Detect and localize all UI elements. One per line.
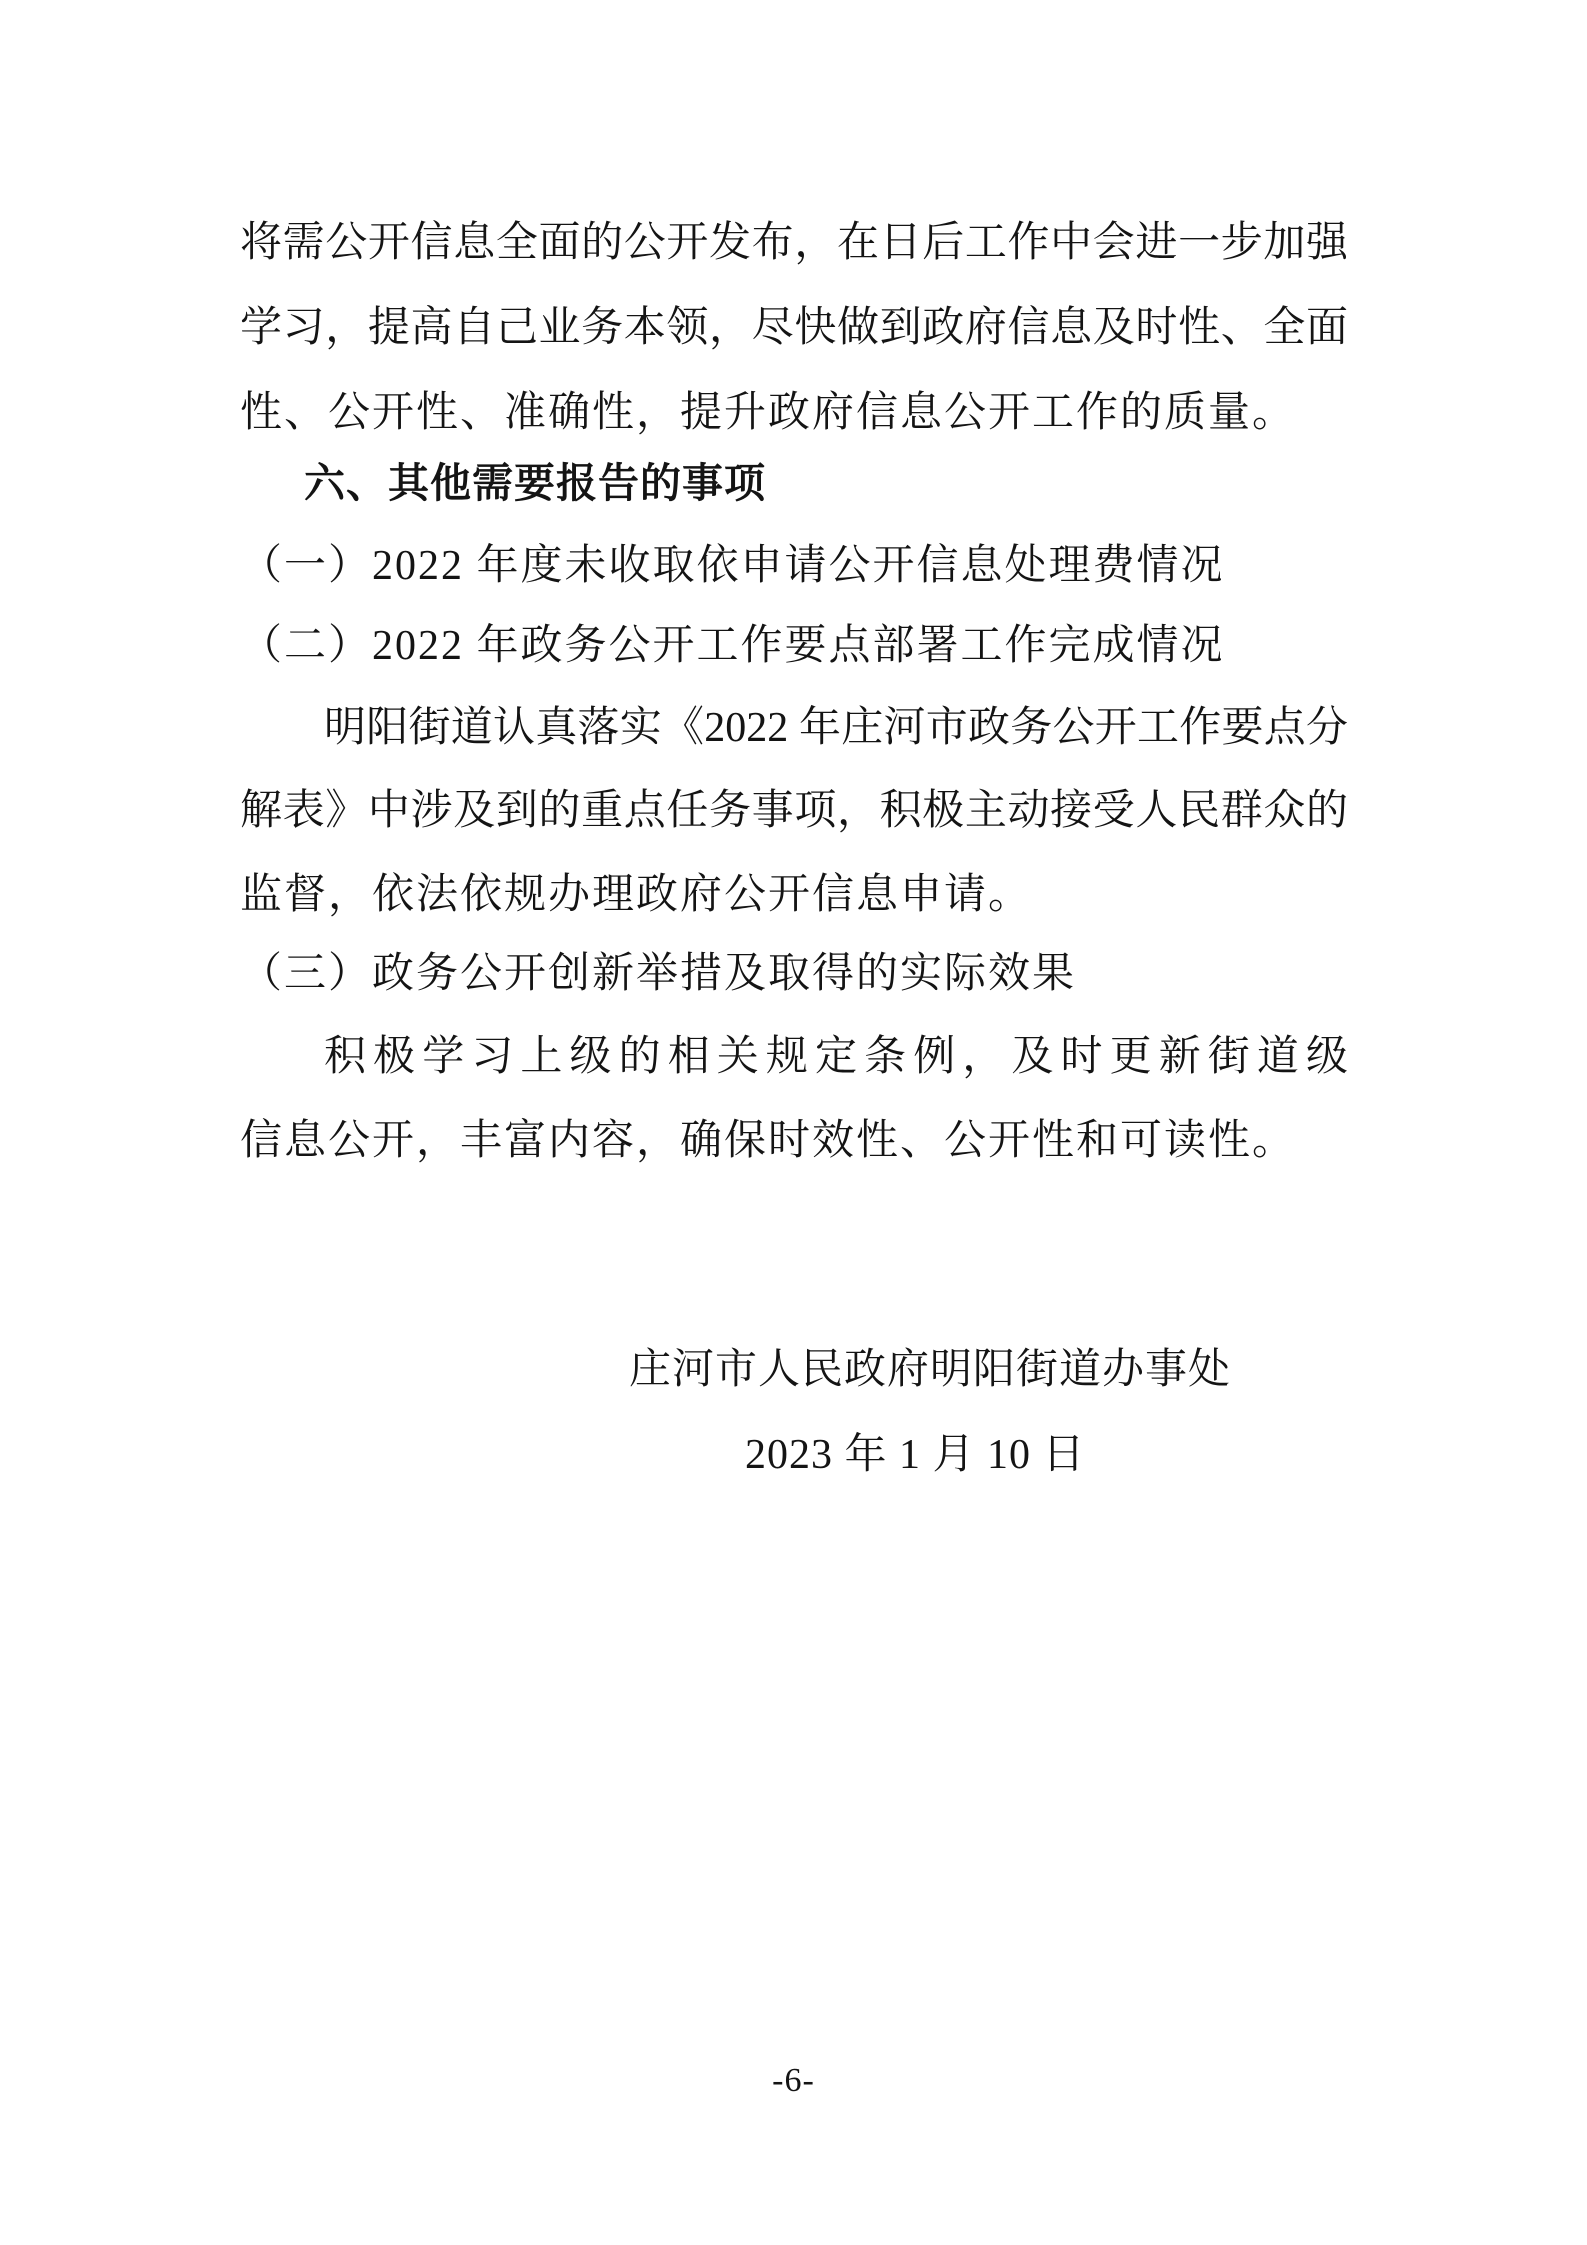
body-line: 将需公开信息全面的公开发布，在日后工作中会进一步加强: [240, 218, 1348, 268]
date-line: 2023 年 1 月 10 日: [745, 1430, 1086, 1480]
subsection-heading-1: （一）2022 年度未收取依申请公开信息处理费情况: [240, 541, 1348, 591]
section-heading: 六、其他需要报告的事项: [240, 458, 1348, 508]
body-line: 性、公开性、准确性，提升政府信息公开工作的质量。: [240, 388, 1348, 438]
body-line: 学习，提高自己业务本领，尽快做到政府信息及时性、全面: [240, 303, 1348, 353]
signature-line: 庄河市人民政府明阳街道办事处: [629, 1345, 1231, 1395]
document-page: 将需公开信息全面的公开发布，在日后工作中会进一步加强 学习，提高自己业务本领，尽…: [0, 0, 1587, 2245]
body-line: 积极学习上级的相关规定条例，及时更新街道级: [240, 1032, 1348, 1082]
body-line: 监督，依法依规办理政府公开信息申请。: [240, 870, 1348, 920]
page-number: -6-: [0, 2056, 1587, 2106]
body-line: 解表》中涉及到的重点任务事项，积极主动接受人民群众的: [240, 786, 1348, 836]
subsection-heading-3: （三）政务公开创新举措及取得的实际效果: [240, 949, 1348, 999]
body-line: 信息公开，丰富内容，确保时效性、公开性和可读性。: [240, 1116, 1348, 1166]
body-line: 明阳街道认真落实《2022 年庄河市政务公开工作要点分: [240, 703, 1348, 753]
subsection-heading-2: （二）2022 年政务公开工作要点部署工作完成情况: [240, 621, 1348, 671]
